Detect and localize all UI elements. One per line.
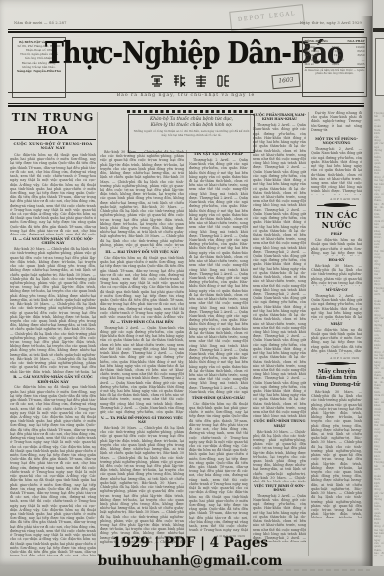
top-rule-thick [8, 31, 364, 33]
price-box-note: Ai mua báo cả năm xin trả tiền trước — n… [305, 67, 365, 76]
article-crosshead: MỘT TIN VỀ PHÙNG-NGỌC-TƯỜNG [311, 137, 362, 146]
subscription-price-box: ĐÔNG-DƯƠNG NGA PHÁP Cả năm5$0012$00 Sáu … [302, 37, 367, 97]
country-subhead-mytayco: MỸ-TÂY-CƠ [311, 288, 362, 292]
tagline-rule-thin [8, 103, 364, 104]
adjacent-page-text: Thượng-hải 2 Avril. — Quân Nam-kinh vẫn … [374, 112, 384, 556]
adjacent-page-rule [373, 28, 384, 32]
agency-dateline: A D P 3 Avril 1929 [311, 197, 362, 201]
tagline-rule-thick [8, 105, 364, 107]
section-header-tin-trung-hoa: TIN TRUNG HOA [10, 111, 96, 140]
country-subhead-nhat: NHẬT [311, 322, 362, 326]
faint-imprint-line [150, 569, 370, 571]
article-crosshead: TIN VẶT TẠI ĐIỆN PHÁP [189, 152, 248, 156]
boxed-notice: Khán-hộ Ta thuốc chữa bệnh tức dục, Kiêm… [128, 114, 255, 153]
article-crosshead: II. — CÁI NGUYÊN-NHÂN VỀ CUỘC NỘI-CHIẾN … [10, 237, 96, 246]
adjacent-page-box-fragment [375, 38, 384, 96]
agency-dateline: A D P 3 Avril 1929 [311, 356, 362, 360]
article-crosshead: CUỘC ĐIỀU-ĐÌNH TRUNG NHẬT [253, 419, 306, 428]
article-text: Bắc-kinh 30 Mars. — Chính-phủ đã hạ lệnh… [10, 247, 96, 373]
article-text: Các điện-tín hôm nọ đã thuật qua tình-hì… [189, 402, 248, 532]
article-lead: Đại-úy Nov đồng nhung đi cho quân Nam-ki… [311, 111, 362, 132]
article-text: Các điện-tín hôm nọ đã thuật qua tình-hì… [10, 385, 96, 556]
watermark-line-2: buihuuhanh@gmail.com [40, 553, 340, 569]
article-text: Bắc-kinh 30 Mars. — Chính-phủ đã hạ lệnh… [100, 426, 184, 544]
article-text: Thượng-hải 2 Avril. — Quân Nam-kinh vẫn … [100, 326, 184, 414]
column-rule [250, 112, 251, 556]
page-fold-shadow [361, 16, 372, 566]
country-subhead-hoaky: HOA-KỲ [311, 258, 362, 262]
article-text: Bắc-kinh 30 Mars. — Chính-phủ đã hạ lệnh… [253, 430, 306, 482]
watermark-line-1: 1929 | PDF | 4 Pages [40, 535, 340, 551]
chinese-title-glyphs [116, 74, 264, 88]
notice-line: Kiêm-lý thi thuốc chữa bệnh kinh sợ. [132, 123, 251, 129]
column-rule [186, 150, 187, 556]
article-text: Thượng-hải 2 Avril. — Quân Nam-kinh vẫn … [311, 147, 362, 195]
article-text: Các điện-tín hôm nọ đã thuật qua tình-hì… [100, 256, 184, 318]
article-text: Bắc-kinh 30 Mars. — Chính-phủ đã hạ lệnh… [311, 264, 362, 286]
article-text: Bắc-kinh 30 Mars. — Chính-phủ đã hạ lệnh… [311, 390, 362, 518]
section-divider [317, 361, 356, 367]
cjk-glyph [150, 74, 164, 88]
price-col-header: ĐÔNG-DƯƠNG [305, 39, 328, 43]
article-text: Thượng-hải 2 Avril. — Quân Nam-kinh vẫn … [311, 294, 362, 320]
cjk-glyph [216, 74, 230, 88]
article-crosshead: VIỆC THỤT BINH Ở SƠN-ĐÔNG [253, 484, 306, 493]
cjk-glyph [172, 74, 186, 88]
article-text: Thượng-hải 2 Avril. — Quân Nam-kinh vẫn … [253, 123, 306, 417]
digitization-watermark: 1929 | PDF | 4 Pages buihuuhanh@gmail.co… [40, 535, 340, 569]
newspaper-page: Năm thứ mười — Số 2.287 Ngày thứ tư, ngà… [0, 0, 372, 566]
section-header-tin-cac-nuoc: TIN CÁC NƯỚC [311, 210, 362, 230]
column-4: CUỘC PHÂN-TRANH NAM-KINH HÁN-KHẨU Thượng… [253, 111, 306, 556]
article-crosshead: III. — HAI TÌNH-Ý ĐỐI VỚI VIỆC NÀY [100, 250, 184, 254]
column-rule [97, 112, 98, 556]
article-subhead: CUỘC XUNG-ĐỘT Ở TRUNG-HOA NGÀY NAY [10, 142, 96, 151]
article-text: Các điện-tín hôm nọ đã thuật qua tình-hì… [311, 238, 362, 256]
notice-note: Những người có lòng từ-thiện ai có chí t… [132, 130, 251, 137]
adjacent-page-sliver: Thượng-hải 2 Avril. — Quân Nam-kinh vẫn … [372, 0, 384, 576]
country-subhead-phap: PHÁP [311, 232, 362, 236]
column-2: Bắc-kinh 30 Mars. — Chính-phủ đã hạ lệnh… [100, 150, 184, 556]
article-crosshead: V. — TA PHẢI ĐỀ-PHÒNG GÌ TRONG VIỆC NÀY [100, 416, 184, 425]
column-5: Đại-úy Nov đồng nhung đi cho quân Nam-ki… [311, 111, 362, 556]
newspaper-title: Thực-Nghiệp Dân-Báo [45, 36, 327, 71]
tagline: Báo ra hàng ngày, trừ chủ-nhật và ngày l… [8, 93, 364, 98]
article-text: Các điện-tín hôm nọ đã thuật qua tình-hì… [311, 328, 362, 354]
article-crosshead: IV. — TÌNH-HÌNH CỦA HAI BÊN [100, 320, 184, 324]
top-rule-thin [8, 29, 364, 30]
price-row: Mỗi số0$020$05 [305, 62, 365, 66]
article-text: Bắc-kinh 30 Mars. — Chính-phủ đã hạ lệnh… [100, 150, 184, 248]
column-tin-trung-hoa: TIN TRUNG HOA CUỘC XUNG-ĐỘT Ở TRUNG-HOA … [10, 110, 96, 556]
section-divider [317, 202, 356, 208]
issue-number-line: Năm thứ mười — Số 2.287 [14, 21, 67, 25]
article-crosshead: TÌNH-HÌNH QUẢNG-CHÂU [189, 396, 248, 400]
article-text: Các điện-tín hôm nọ đã thuật qua tình-hì… [10, 153, 96, 235]
handwritten-number-stamp: 1603 [271, 73, 300, 89]
depot-legal-stamp: DEPOT LEGAL [229, 4, 305, 31]
feature-header-duong-tu: Mấy chuyện tản-đàm trên vùng Dương-tử [311, 369, 362, 389]
article-crosshead: B. — CÁI NGUYÊN-NHÂN GẦN VỀ CUỘC KHỞI-HẤ… [10, 375, 96, 384]
article-text: Thượng-hải 2 Avril. — Quân Nam-kinh vẫn … [189, 158, 248, 394]
column-3: TIN VẶT TẠI ĐIỆN PHÁP Thượng-hải 2 Avril… [189, 150, 248, 556]
article-crosshead: CUỘC PHÂN-TRANH NAM-KINH HÁN-KHẨU [253, 113, 306, 122]
cjk-glyph [194, 74, 208, 88]
column-rule [308, 112, 309, 556]
